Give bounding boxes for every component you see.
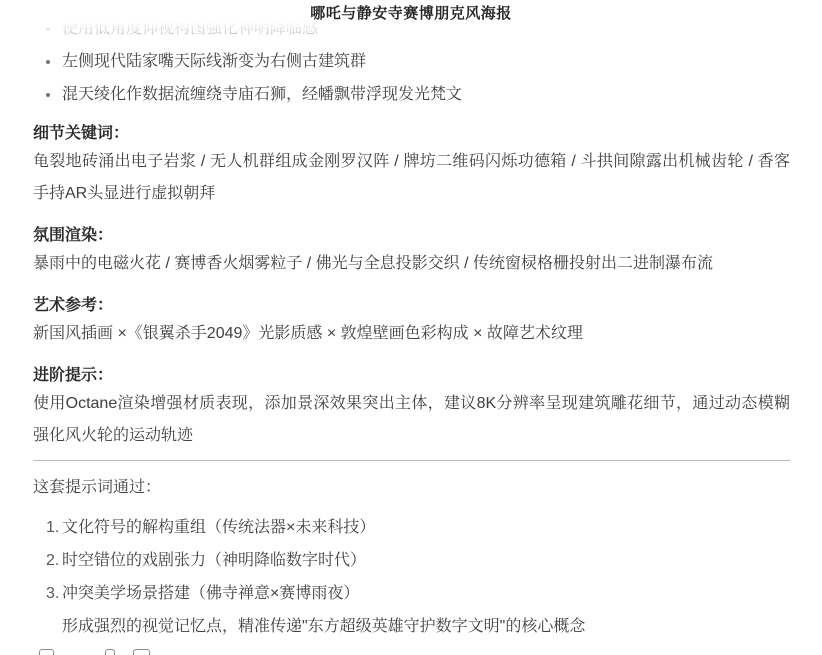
list-item: 左侧现代陆家嘴天际线渐变为右侧古建筑群 <box>33 49 790 75</box>
bullet-dot-icon <box>46 60 50 64</box>
section-heading-advanced-tips: 进阶提示： <box>33 364 790 388</box>
copy-icon[interactable] <box>39 649 54 655</box>
section-divider <box>33 460 790 461</box>
closing-statement: 形成强烈的视觉记忆点，精准传递"东方超级英雄守护数字文明"的核心概念 <box>33 614 790 640</box>
section-heading-atmosphere: 氛围渲染： <box>33 224 790 248</box>
section-body-advanced-tips: 使用Octane渲染增强材质表现，添加景深效果突出主体，建议8K分辨率呈现建筑雕… <box>33 388 790 452</box>
section-body-details: 龟裂地砖涌出电子岩浆 / 无人机群组成金刚罗汉阵 / 牌坊二维码闪烁功德箱 / … <box>33 146 790 210</box>
section-heading-art-reference: 艺术参考： <box>33 294 790 318</box>
chat-response-page: 使用低角度仰视构图强化神明降临感 左侧现代陆家嘴天际线渐变为右侧古建筑群 混天绫… <box>0 0 822 655</box>
section-body-atmosphere: 暴雨中的电磁火花 / 赛博香火烟雾粒子 / 佛光与全息投影交织 / 传统窗棂格栅… <box>33 248 790 280</box>
response-content: 使用低角度仰视构图强化神明降临感 左侧现代陆家嘴天际线渐变为右侧古建筑群 混天绫… <box>0 0 822 640</box>
bullet-text: 混天绫化作数据流缠绕寺庙石狮，经幡飘带浮现发光梵文 <box>62 86 462 103</box>
summary-intro: 这套提示词通过： <box>33 475 790 501</box>
bullet-text: 使用低角度仰视构图强化神明降临感 <box>62 20 318 37</box>
numbered-list: 文化符号的解构重组（传统法器×未来科技） 时空错位的戏剧张力（神明降临数字时代）… <box>33 515 790 607</box>
list-item: 冲突美学场景搭建（佛寺禅意×赛博雨夜） <box>33 581 790 607</box>
bullet-dot-icon <box>46 27 50 31</box>
page-title: 哪吒与静安寺赛博朋克风海报 <box>310 0 512 22</box>
thumbs-down-icon[interactable] <box>133 649 150 655</box>
bullet-list: 使用低角度仰视构图强化神明降临感 左侧现代陆家嘴天际线渐变为右侧古建筑群 混天绫… <box>33 16 790 108</box>
list-item: 混天绫化作数据流缠绕寺庙石狮，经幡飘带浮现发光梵文 <box>33 82 790 108</box>
list-item: 时空错位的戏剧张力（神明降临数字时代） <box>33 548 790 574</box>
bullet-text: 左侧现代陆家嘴天际线渐变为右侧古建筑群 <box>62 53 366 70</box>
sticky-header: 哪吒与静安寺赛博朋克风海报 <box>0 0 822 22</box>
section-heading-details: 细节关键词： <box>33 122 790 146</box>
bullet-dot-icon <box>46 93 50 97</box>
section-body-art-reference: 新国风插画 ×《银翼杀手2049》光影质感 × 敦煌壁画色彩构成 × 故障艺术纹… <box>33 318 790 350</box>
thumbs-up-icon[interactable] <box>105 649 115 655</box>
list-item: 文化符号的解构重组（传统法器×未来科技） <box>33 515 790 541</box>
